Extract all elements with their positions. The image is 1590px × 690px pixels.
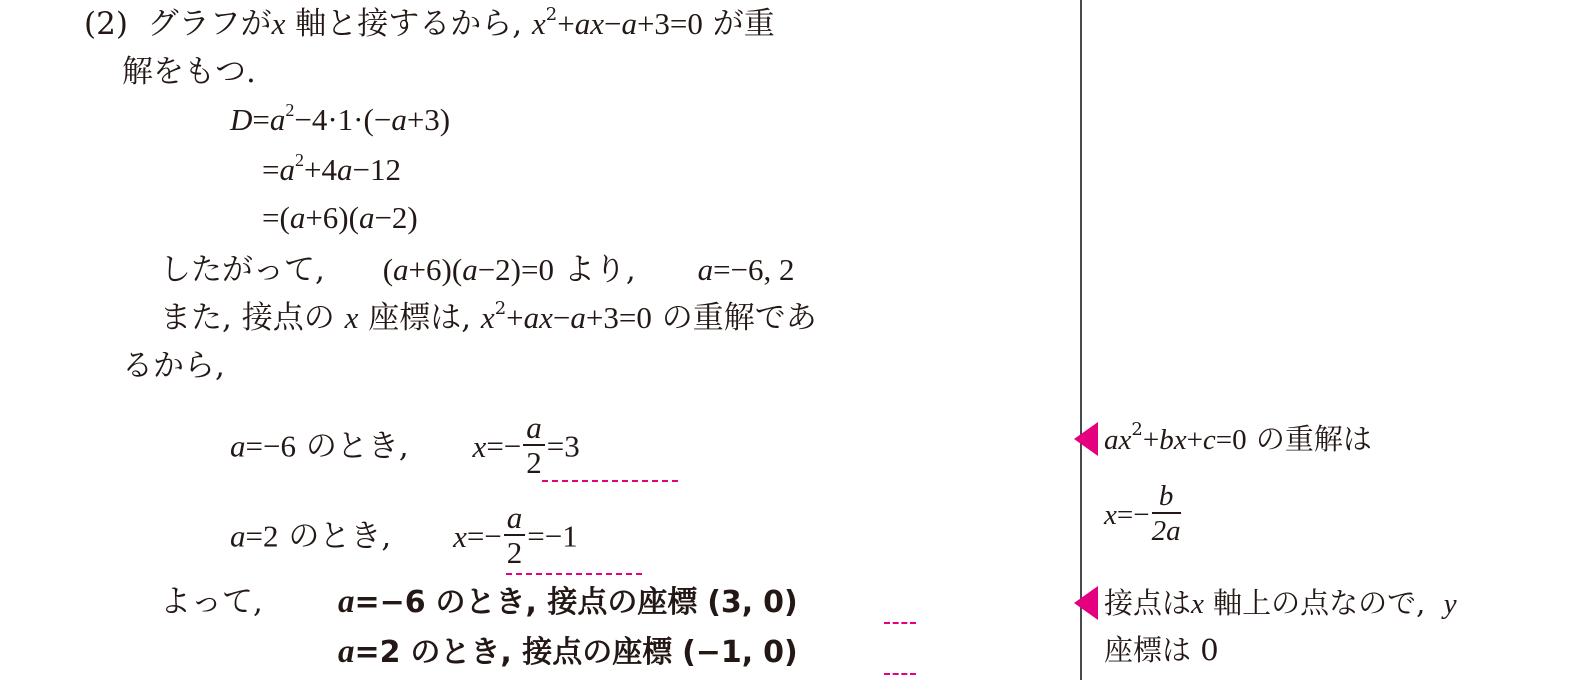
var-a: a: [338, 584, 355, 620]
discriminant-line-1: D=a2−4·1·(−a+3): [230, 100, 450, 140]
op: +4: [304, 152, 337, 187]
var-a: a: [359, 200, 375, 235]
conclusion-label-text: よって,: [160, 584, 263, 620]
fraction: a2: [523, 412, 545, 480]
side-note-1-line-2: x=−b2a: [1104, 482, 1183, 550]
op: =−: [467, 519, 502, 554]
var-a: a: [391, 102, 407, 137]
var-a: a: [570, 300, 586, 335]
margin-divider: [1080, 0, 1082, 680]
exponent: 2: [295, 150, 304, 170]
therefore-label: したがって,: [160, 252, 325, 288]
coordinate-y: 0: [763, 635, 784, 670]
conclusion-text: のとき, 接点の座標: [410, 635, 672, 670]
coordinate: (3,: [707, 585, 753, 620]
triangle-left-icon: [1074, 586, 1098, 620]
var-a: a: [290, 200, 306, 235]
intro-text: 軸と接するから,: [295, 6, 522, 42]
case-value: =−6: [246, 429, 296, 464]
coordinate-y: 0: [763, 585, 784, 620]
conclusion-row-2: a=2 のとき, 接点の座標 (−1, 0): [338, 632, 798, 673]
var-y: y: [1444, 588, 1457, 620]
side-note-2-line-2: 座標は 0: [1104, 630, 1219, 670]
problem-line-1: (2) グラフがx 軸と接するから, x2+ax−a+3=0 が重: [84, 4, 775, 44]
op: =(: [262, 200, 290, 235]
dashed-underline: [884, 673, 916, 675]
fraction-numerator: b: [1152, 480, 1181, 514]
coordinate: ): [784, 585, 798, 620]
var-a: a: [270, 102, 286, 137]
var-a: a: [230, 519, 246, 554]
also-line-2: るから,: [122, 346, 225, 386]
dashed-underline: [884, 622, 916, 624]
op: +3=0: [586, 300, 652, 335]
case-result: =3: [547, 429, 580, 464]
also-text: るから,: [122, 348, 225, 384]
var-D: D: [230, 102, 252, 137]
exponent: 2: [546, 4, 557, 25]
conclusion-row-1: a=−6 のとき, 接点の座標 (3, 0): [338, 582, 798, 623]
case-result: =−1: [527, 519, 577, 554]
problem-line-2: 解をもつ.: [122, 52, 256, 92]
intro-text: が重: [713, 6, 775, 42]
var-a: a: [338, 634, 355, 670]
dashed-underline: [542, 480, 678, 482]
op: −12: [352, 152, 400, 187]
yori-text: より,: [564, 252, 636, 288]
fraction-numerator: a: [523, 412, 545, 446]
op: =: [252, 102, 269, 137]
op: −2)=0: [478, 252, 554, 287]
side-note-2-line-1: 接点はx 軸上の点なので, y: [1104, 583, 1457, 624]
op: +: [1187, 424, 1203, 456]
case-text: のとき,: [306, 429, 409, 465]
var-x: x: [453, 519, 467, 554]
op: =−: [1117, 499, 1150, 531]
fraction-denominator: 2: [504, 536, 526, 570]
note-text: 座標は 0: [1104, 633, 1219, 667]
var-a: a: [337, 152, 353, 187]
op: +: [1143, 424, 1159, 456]
var-x: x: [481, 300, 495, 335]
therefore-line: したがって, (a+6)(a−2)=0 より, a=−6, 2: [160, 250, 795, 290]
op: +: [557, 6, 574, 41]
var-ax: ax: [1104, 424, 1131, 456]
fraction: a2: [504, 502, 526, 570]
op: −: [604, 6, 621, 41]
var-x: x: [1191, 588, 1204, 620]
op: +6)(: [409, 252, 463, 287]
fraction-denominator: 2: [523, 446, 545, 480]
conclusion-text: のとき, 接点の座標: [436, 585, 698, 620]
case-text: のとき,: [288, 519, 391, 555]
op: −4·1·(−: [294, 102, 391, 137]
coordinate: ): [784, 635, 798, 670]
also-text: の重解であ: [662, 300, 817, 336]
discriminant-line-3: =(a+6)(a−2): [262, 198, 418, 238]
var-x: x: [272, 6, 286, 41]
intro-text: 解をもつ.: [122, 54, 256, 90]
also-text: また, 接点の: [160, 300, 335, 336]
op: +3): [407, 102, 450, 137]
fraction: b2a: [1152, 480, 1181, 548]
dashed-underline: [506, 573, 642, 575]
var-a: a: [230, 429, 246, 464]
note-text: 接点は: [1104, 586, 1191, 620]
op: +: [506, 300, 523, 335]
fraction-denominator: 2a: [1152, 514, 1181, 548]
var-x: x: [345, 300, 359, 335]
note-text: 軸上の点なので,: [1213, 586, 1425, 620]
op: +3=0: [637, 6, 703, 41]
op: (: [383, 252, 393, 287]
op: =0: [1216, 424, 1247, 456]
intro-text: グラフが: [148, 6, 272, 42]
var-bx: bx: [1159, 424, 1186, 456]
var-x: x: [473, 429, 487, 464]
op: −: [553, 300, 570, 335]
discriminant-line-2: =a2+4a−12: [262, 150, 401, 190]
side-note-1-line-1: ax2+bx+c=0 の重解は: [1104, 419, 1372, 460]
triangle-left-icon: [1074, 422, 1098, 456]
exponent: 2: [495, 298, 506, 319]
case-row-2: a=2 のとき, x=−a2=−1: [230, 504, 578, 572]
var-a: a: [698, 252, 714, 287]
var-a: a: [393, 252, 409, 287]
fraction-numerator: a: [504, 502, 526, 536]
coordinate: (−1,: [682, 635, 753, 670]
var-a: a: [279, 152, 295, 187]
op: −2): [374, 200, 417, 235]
conclusion-value: =2: [355, 635, 401, 670]
answer-values: =−6, 2: [713, 252, 794, 287]
exponent: 2: [1131, 419, 1142, 440]
var-a: a: [621, 6, 637, 41]
op: +6)(: [305, 200, 359, 235]
conclusion-label: よって,: [160, 582, 263, 622]
note-text: の重解は: [1256, 422, 1372, 456]
also-line-1: また, 接点の x 座標は, x2+ax−a+3=0 の重解であ: [160, 298, 817, 338]
op: =−: [486, 429, 521, 464]
var-x: x: [1104, 499, 1117, 531]
op: =: [262, 152, 279, 187]
var-c: c: [1203, 424, 1216, 456]
also-text: 座標は,: [368, 300, 471, 336]
var-ax: ax: [575, 6, 604, 41]
var-x: x: [532, 6, 546, 41]
var-ax: ax: [524, 300, 553, 335]
problem-number: (2): [84, 6, 128, 42]
case-value: =2: [246, 519, 279, 554]
conclusion-value: =−6: [355, 585, 426, 620]
case-row-1: a=−6 のとき, x=−a2=3: [230, 414, 580, 482]
var-a: a: [462, 252, 478, 287]
